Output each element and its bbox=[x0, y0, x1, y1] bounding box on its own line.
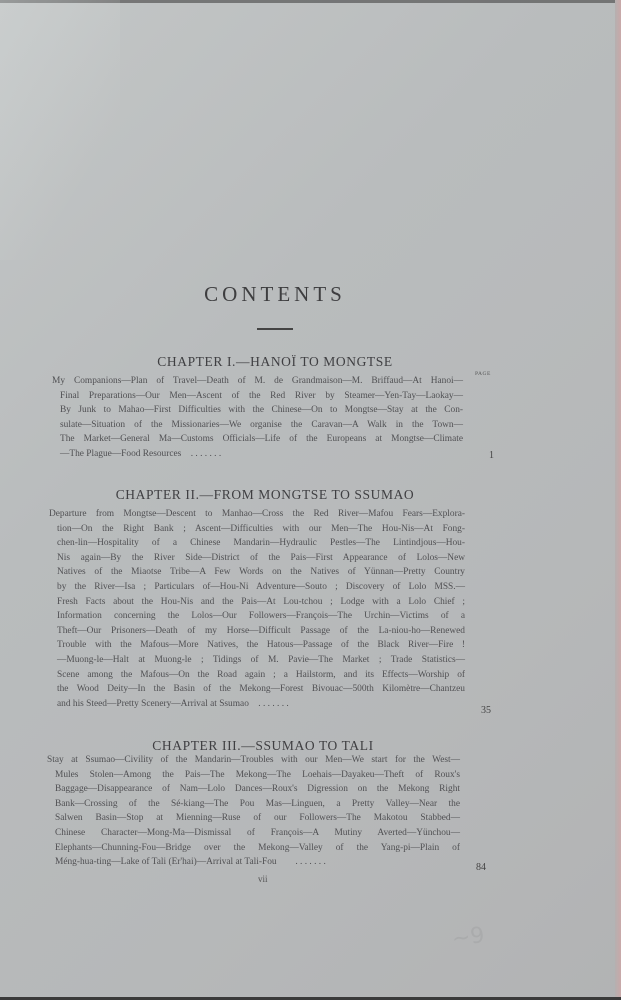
summary-line: Baggage—Disappearance of Nam—Lolo Dances… bbox=[55, 782, 460, 797]
summary-line: —The Plague—Food Resources . . . . . . . bbox=[60, 447, 463, 462]
summary-line: Departure from Mongtse—Descent to Manhao… bbox=[49, 507, 465, 522]
summary-line: by the River—Isa ; Particulars of—Hou-Ni… bbox=[57, 580, 465, 595]
summary-line: Elephants—Chunning-Fou—Bridge over the M… bbox=[55, 841, 460, 856]
summary-line: Scene among the Mafous—On the Road again… bbox=[57, 668, 465, 683]
summary-line: My Companions—Plan of Travel—Death of M.… bbox=[52, 374, 463, 389]
contents-title: CONTENTS bbox=[0, 282, 550, 307]
summary-line: Stay at Ssumao—Civility of the Mandarin—… bbox=[47, 753, 460, 768]
summary-line: Bank—Crossing of the Sé-kiang—The Pou Ma… bbox=[55, 797, 460, 812]
summary-line: Natives of the Miaotse Tribe—A Few Words… bbox=[57, 565, 465, 580]
summary-line: The Market—General Ma—Customs Officials—… bbox=[60, 432, 463, 447]
page-folio-number: vii bbox=[258, 874, 268, 884]
chapter-1-page: 1 bbox=[489, 450, 494, 461]
summary-line: Final Preparations—Our Men—Ascent of the… bbox=[60, 389, 463, 404]
page-column-label: PAGE bbox=[475, 371, 491, 377]
chapter-2-page: 35 bbox=[481, 705, 491, 716]
summary-line: Salwen Basin—Stop at Mienning—Ruse of ou… bbox=[55, 811, 460, 826]
chapter-3-summary: Stay at Ssumao—Civility of the Mandarin—… bbox=[55, 753, 460, 870]
summary-line: tion—On the Right Bank ; Ascent—Difficul… bbox=[57, 522, 465, 537]
summary-line: Mules Stolen—Among the Pais—The Mekong—T… bbox=[55, 768, 460, 783]
chapter-2-heading: CHAPTER II.—FROM MONGTSE TO SSUMAO bbox=[0, 487, 540, 503]
leader-dots: . . . . . . . bbox=[295, 857, 325, 867]
summary-line: Information concerning the Lolos—Our Fol… bbox=[57, 609, 465, 624]
summary-line: Nis again—By the River Side—District of … bbox=[57, 551, 465, 566]
summary-line: Méng-hua-ting—Lake of Tali (Er'hai)—Arri… bbox=[55, 855, 460, 870]
chapter-3-page: 84 bbox=[476, 862, 486, 873]
summary-line: the Wood Deity—In the Basin of the Mekon… bbox=[57, 682, 465, 697]
page-fold-shadow bbox=[0, 0, 120, 260]
chapter-3-heading: CHAPTER III.—SSUMAO TO TALI bbox=[0, 738, 538, 754]
summary-line: sulate—Situation of the Missionaries—We … bbox=[60, 418, 463, 433]
title-rule bbox=[257, 328, 293, 330]
leader-dots: . . . . . . . bbox=[191, 449, 221, 459]
summary-line: chen-lin—Hospitality of a Chinese Mandar… bbox=[57, 536, 465, 551]
summary-line: —Muong-le—Halt at Muong-le ; Tidings of … bbox=[57, 653, 465, 668]
summary-line: Theft—Our Prisoners—Death of my Horse—Di… bbox=[57, 624, 465, 639]
summary-line: Trouble with the Mafous—More Natives, th… bbox=[57, 638, 465, 653]
summary-line: Fresh Facts about the Hou-Nis and the Pa… bbox=[57, 595, 465, 610]
chapter-1-heading: CHAPTER I.—HANOÏ TO MONGTSE bbox=[0, 354, 550, 370]
pencil-annotation: ~9 bbox=[450, 923, 486, 952]
summary-line: By Junk to Mahao—First Difficulties with… bbox=[60, 403, 463, 418]
summary-line: and his Steed—Pretty Scenery—Arrival at … bbox=[57, 697, 465, 712]
chapter-2-summary: Departure from Mongtse—Descent to Manhao… bbox=[57, 507, 465, 711]
leader-dots: . . . . . . . bbox=[258, 699, 288, 709]
chapter-1-summary: My Companions—Plan of Travel—Death of M.… bbox=[60, 374, 463, 462]
summary-line: Chinese Character—Mong-Ma—Dismissal of F… bbox=[55, 826, 460, 841]
page-right-edge bbox=[615, 0, 621, 1000]
